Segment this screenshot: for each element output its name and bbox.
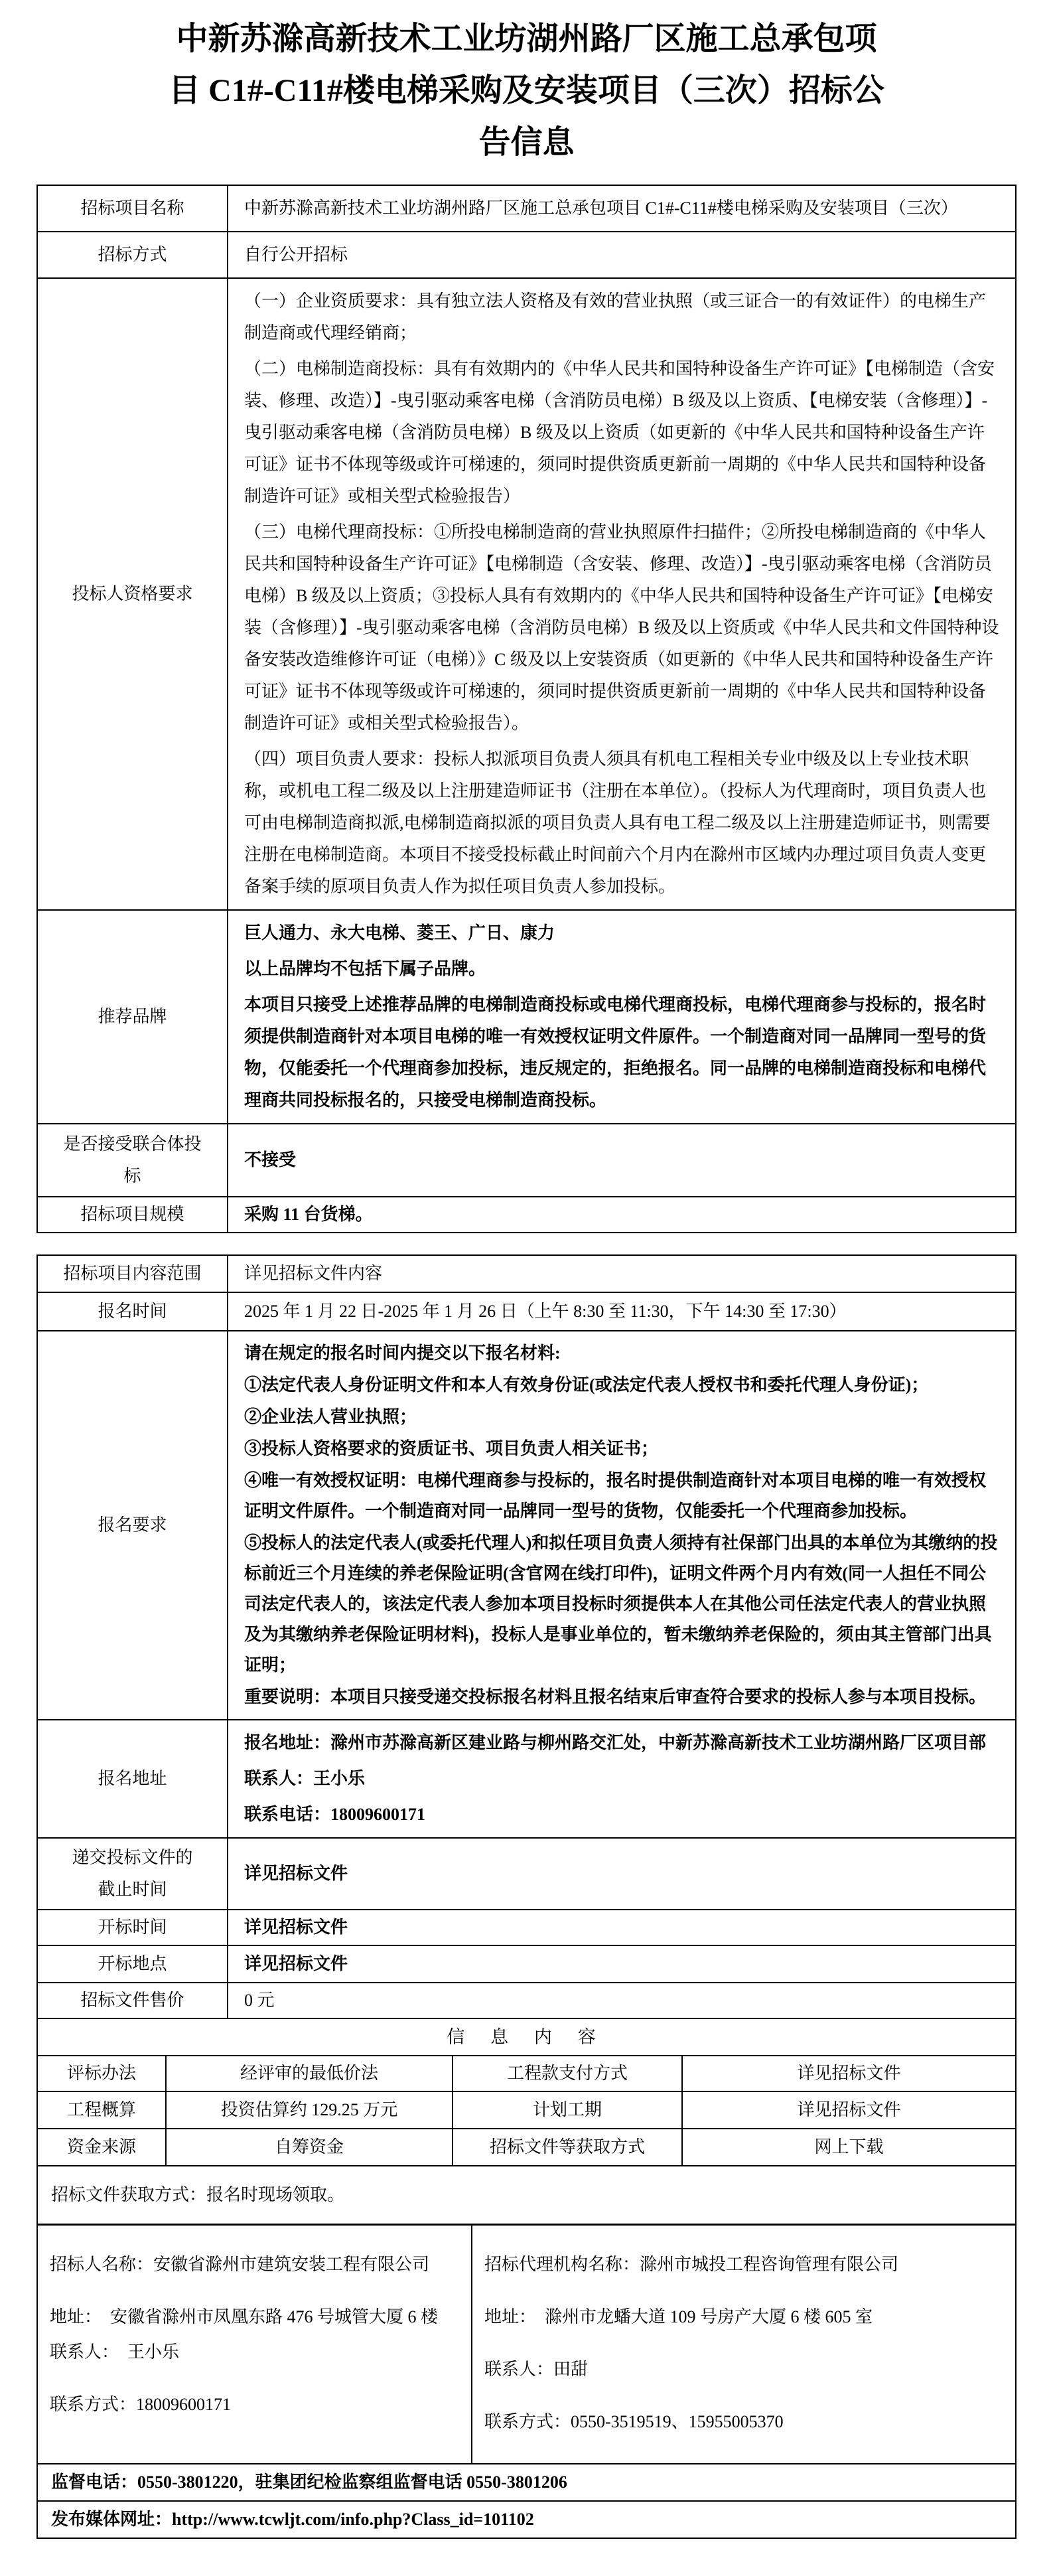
info-section-header: 信 息 内 容	[38, 2019, 1015, 2055]
bidder-phone: 联系方式：18009600171	[50, 2387, 459, 2422]
table-gap	[36, 1233, 1017, 1254]
row-signup-requirements: 报名要求 请在规定的报名时间内提交以下报名材料: ①法定代表人身份证明文件和本人…	[38, 1330, 1015, 1719]
doc-obtain-text: 招标文件获取方式：报名时现场领取。	[38, 2166, 1015, 2224]
row-consortium: 是否接受联合体投 标 不接受	[38, 1123, 1015, 1196]
signup-contact-line: 联系人：王小乐	[244, 1763, 999, 1795]
consortium-label: 是否接受联合体投 标	[38, 1124, 228, 1196]
payment-method-value: 详见招标文件	[683, 2056, 1015, 2091]
open-place-label: 开标地点	[38, 1946, 228, 1982]
agency-name: 招标代理机构名称：滁州市城投工程咨询管理有限公司	[484, 2247, 1003, 2282]
qualification-paragraph: （二）电梯制造商投标：具有有效期内的《中华人民共和国特种设备生产许可证》【电梯制…	[244, 353, 999, 512]
row-submit-deadline: 递交投标文件的 截止时间 详见招标文件	[38, 1837, 1015, 1909]
scale-label: 招标项目规模	[38, 1197, 228, 1232]
open-time-value: 详见招标文件	[228, 1910, 1015, 1945]
row-brands: 推荐品牌 巨人通力、永大电梯、菱王、广日、康力 以上品牌均不包括下属子品牌。 本…	[38, 909, 1015, 1123]
row-contacts: 招标人名称：安徽省滁州市建筑安装工程有限公司 地址： 安徽省滁州市凤凰东路 47…	[38, 2224, 1015, 2463]
doc-access-label: 招标文件等获取方式	[453, 2129, 683, 2165]
page-title: 中新苏滁高新技术工业坊湖州路厂区施工总承包项目 C1#-C11#楼电梯采购及安装…	[162, 13, 892, 169]
qualification-paragraph: （三）电梯代理商投标：①所投电梯制造商的营业执照原件扫描件；②所投电梯制造商的《…	[244, 516, 999, 739]
submit-deadline-value: 详见招标文件	[228, 1839, 1015, 1909]
row-evaluation: 评标办法 经评审的最低价法 工程款支付方式 详见招标文件	[38, 2055, 1015, 2091]
brands-label: 推荐品牌	[38, 911, 228, 1123]
row-signup-address: 报名地址 报名地址：滁州市苏滁高新区建业路与柳州路交汇处，中新苏滁高新技术工业坊…	[38, 1719, 1015, 1837]
bidder-info-cell: 招标人名称：安徽省滁州市建筑安装工程有限公司 地址： 安徽省滁州市凤凰东路 47…	[38, 2226, 472, 2463]
bid-method-label: 招标方式	[38, 232, 228, 277]
signup-time-value: 2025 年 1 月 22 日-2025 年 1 月 26 日（上午 8:30 …	[228, 1293, 1015, 1330]
open-place-value: 详见招标文件	[228, 1946, 1015, 1982]
signup-address-label: 报名地址	[38, 1720, 228, 1837]
agency-address: 地址： 滁州市龙蟠大道 109 号房产大厦 6 楼 605 室	[484, 2299, 1003, 2334]
row-doc-price: 招标文件售价 0 元	[38, 1982, 1015, 2018]
row-scale: 招标项目规模 采购 11 台货梯。	[38, 1196, 1015, 1232]
signup-requirement-item: 重要说明：本项目只接受递交投标报名材料且报名结束后审查符合要求的投标人参与本项目…	[244, 1682, 999, 1712]
row-funding: 资金来源 自筹资金 招标文件等获取方式 网上下载	[38, 2128, 1015, 2165]
scale-value: 采购 11 台货梯。	[228, 1197, 1015, 1232]
bidder-address: 地址： 安徽省滁州市凤凰东路 476 号城管大厦 6 楼 联系人： 王小乐	[50, 2299, 459, 2370]
scope-value: 详见招标文件内容	[228, 1256, 1015, 1292]
funding-source-value: 自筹资金	[167, 2129, 453, 2165]
signup-requirement-item: ③投标人资格要求的资质证书、项目负责人相关证书；	[244, 1434, 999, 1464]
bidder-name: 招标人名称：安徽省滁州市建筑安装工程有限公司	[50, 2247, 459, 2282]
brands-paragraph: 巨人通力、永大电梯、菱王、广日、康力	[244, 917, 999, 949]
signup-requirements-label: 报名要求	[38, 1331, 228, 1719]
schedule-value: 详见招标文件	[683, 2092, 1015, 2128]
funding-source-label: 资金来源	[38, 2129, 167, 2165]
signup-time-label: 报名时间	[38, 1293, 228, 1330]
signup-requirement-item: ⑤投标人的法定代表人(或委托代理人)和拟任项目负责人须持有社保部门出具的本单位为…	[244, 1528, 999, 1681]
row-open-place: 开标地点 详见招标文件	[38, 1945, 1015, 1982]
signup-address-line: 报名地址：滁州市苏滁高新区建业路与柳州路交汇处，中新苏滁高新技术工业坊湖州路厂区…	[244, 1727, 999, 1759]
media-url-text: 发布媒体网址：http://www.tcwljt.com/info.php?Cl…	[38, 2502, 1015, 2538]
payment-method-label: 工程款支付方式	[453, 2056, 683, 2091]
row-project-name: 招标项目名称 中新苏滁高新技术工业坊湖州路厂区施工总承包项目 C1#-C11#楼…	[38, 186, 1015, 231]
signup-requirement-item: ②企业法人营业执照；	[244, 1402, 999, 1432]
evaluation-method-label: 评标办法	[38, 2056, 167, 2091]
row-info-header: 信 息 内 容	[38, 2018, 1015, 2055]
announcement-table: 招标项目内容范围 详见招标文件内容 报名时间 2025 年 1 月 22 日-2…	[36, 1254, 1017, 2539]
budget-value: 投资估算约 129.25 万元	[167, 2092, 453, 2128]
qualification-paragraph: （一）企业资质要求：具有独立法人资格及有效的营业执照（或三证合一的有效证件）的电…	[244, 285, 999, 349]
qualification-paragraph: （四）项目负责人要求：投标人拟派项目负责人须具有机电工程相关专业中级及以上专业技…	[244, 743, 999, 903]
announcement-document: 中新苏滁高新技术工业坊湖州路厂区施工总承包项目 C1#-C11#楼电梯采购及安装…	[0, 0, 1053, 2576]
row-open-time: 开标时间 详见招标文件	[38, 1909, 1015, 1945]
signup-phone-line: 联系电话：18009600171	[244, 1799, 999, 1831]
supervision-phone-text: 监督电话：0550-3801220，驻集团纪检监察组监督电话 0550-3801…	[38, 2464, 1015, 2500]
bid-method-value: 自行公开招标	[228, 232, 1015, 277]
agency-info-cell: 招标代理机构名称：滁州市城投工程咨询管理有限公司 地址： 滁州市龙蟠大道 109…	[472, 2226, 1015, 2463]
brands-paragraph: 本项目只接受上述推荐品牌的电梯制造商投标或电梯代理商投标，电梯代理商参与投标的，…	[244, 989, 999, 1116]
brands-value: 巨人通力、永大电梯、菱王、广日、康力 以上品牌均不包括下属子品牌。 本项目只接受…	[228, 911, 1015, 1123]
signup-requirement-item: ①法定代表人身份证明文件和本人有效身份证(或法定代表人授权书和委托代理人身份证)…	[244, 1370, 999, 1401]
agency-phone: 联系方式：0550-3519519、15955005370	[484, 2404, 1003, 2439]
doc-access-value: 网上下载	[683, 2129, 1015, 2165]
budget-label: 工程概算	[38, 2092, 167, 2128]
row-qualification: 投标人资格要求 （一）企业资质要求：具有独立法人资格及有效的营业执照（或三证合一…	[38, 277, 1015, 909]
open-time-label: 开标时间	[38, 1910, 228, 1945]
doc-price-label: 招标文件售价	[38, 1983, 228, 2018]
project-name-value: 中新苏滁高新技术工业坊湖州路厂区施工总承包项目 C1#-C11#楼电梯采购及安装…	[228, 186, 1015, 231]
schedule-label: 计划工期	[453, 2092, 683, 2128]
row-doc-obtain: 招标文件获取方式：报名时现场领取。	[38, 2165, 1015, 2224]
consortium-value: 不接受	[228, 1124, 1015, 1196]
scope-label: 招标项目内容范围	[38, 1256, 228, 1292]
submit-deadline-label: 递交投标文件的 截止时间	[38, 1839, 228, 1909]
brands-paragraph: 以上品牌均不包括下属子品牌。	[244, 953, 999, 985]
row-supervision: 监督电话：0550-3801220，驻集团纪检监察组监督电话 0550-3801…	[38, 2463, 1015, 2500]
bid-info-table: 招标项目名称 中新苏滁高新技术工业坊湖州路厂区施工总承包项目 C1#-C11#楼…	[36, 185, 1017, 1233]
qualification-value: （一）企业资质要求：具有独立法人资格及有效的营业执照（或三证合一的有效证件）的电…	[228, 279, 1015, 909]
row-scope: 招标项目内容范围 详见招标文件内容	[38, 1256, 1015, 1292]
signup-address-value: 报名地址：滁州市苏滁高新区建业路与柳州路交汇处，中新苏滁高新技术工业坊湖州路厂区…	[228, 1720, 1015, 1837]
doc-price-value: 0 元	[228, 1983, 1015, 2018]
signup-requirement-item: 请在规定的报名时间内提交以下报名材料:	[244, 1338, 999, 1369]
project-name-label: 招标项目名称	[38, 186, 228, 231]
signup-requirement-item: ④唯一有效授权证明：电梯代理商参与投标的，报名时提供制造商针对本项目电梯的唯一有…	[244, 1466, 999, 1527]
evaluation-method-value: 经评审的最低价法	[167, 2056, 453, 2091]
qualification-label: 投标人资格要求	[38, 279, 228, 909]
row-media-url: 发布媒体网址：http://www.tcwljt.com/info.php?Cl…	[38, 2500, 1015, 2538]
row-signup-time: 报名时间 2025 年 1 月 22 日-2025 年 1 月 26 日（上午 …	[38, 1292, 1015, 1330]
agency-contact: 联系人：田甜	[484, 2352, 1003, 2387]
row-budget: 工程概算 投资估算约 129.25 万元 计划工期 详见招标文件	[38, 2091, 1015, 2128]
signup-requirements-value: 请在规定的报名时间内提交以下报名材料: ①法定代表人身份证明文件和本人有效身份证…	[228, 1331, 1015, 1719]
row-bid-method: 招标方式 自行公开招标	[38, 231, 1015, 277]
